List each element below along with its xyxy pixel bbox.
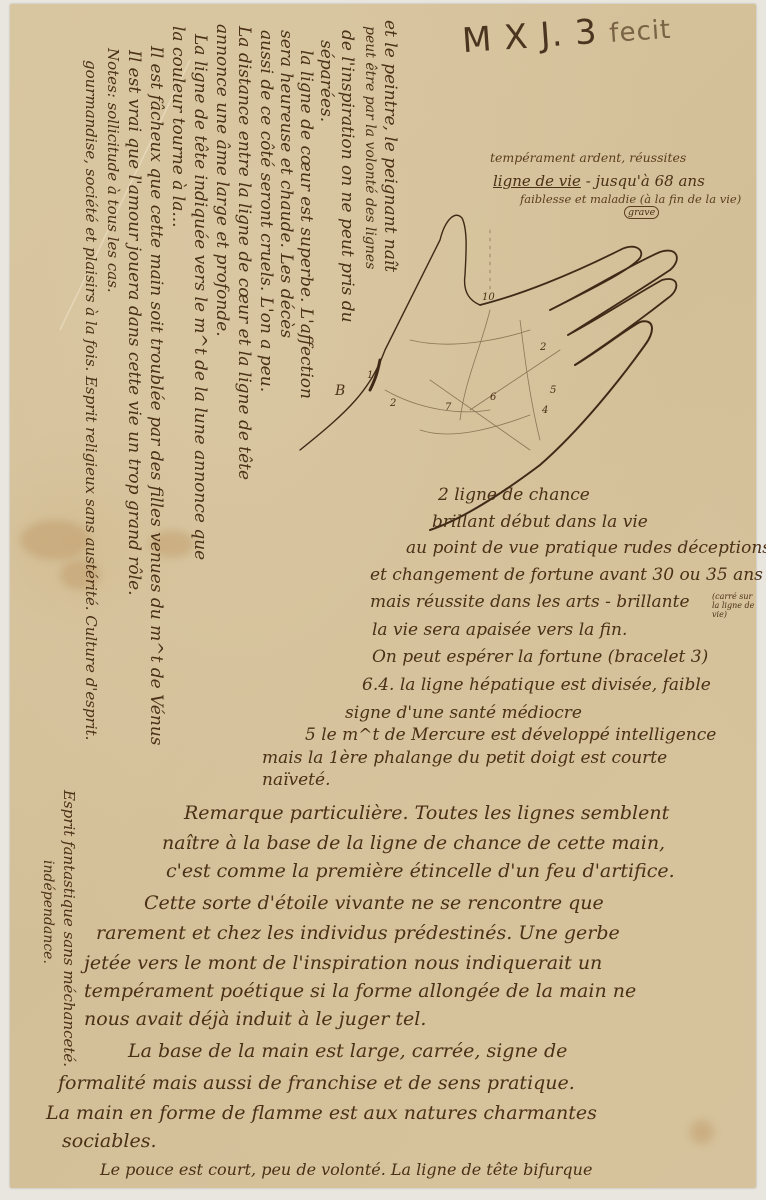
note-ligne-chance: 2 ligne de chance — [438, 485, 590, 505]
stain — [690, 1120, 714, 1144]
vertical-line: annonce une âme large et profonde. — [212, 24, 232, 337]
note-line: brillant début dans la vie — [432, 512, 648, 532]
note-line: 6.4. la ligne hépatique est divisée, fai… — [362, 675, 711, 695]
hand-label-5: 5 — [550, 385, 556, 396]
hand-label-2b: 2 — [539, 342, 546, 353]
vertical-line: Esprit fantastique sans méchanceté. — [60, 790, 78, 1067]
vertical-line: aussi de ce côté seront cruels. L'on a p… — [256, 30, 276, 392]
title-suffix: fecit — [608, 15, 672, 49]
hand-label-2a: 2 — [389, 398, 396, 409]
side-note-carre: (carré sur la ligne de vie) — [712, 592, 760, 619]
hand-label-4: 4 — [541, 405, 548, 416]
hand-label-1: 1 — [367, 370, 373, 381]
vertical-line: Il est vrai que l'amour jouera dans cett… — [124, 50, 144, 596]
vertical-line: La ligne de tête indiquée vers le m^t de… — [190, 34, 210, 560]
ligne-de-vie-label: ligne de vie — [493, 172, 581, 190]
note-line: 5 le m^t de Mercure est développé intell… — [305, 725, 716, 745]
paragraph-line: Cette sorte d'étoile vivante ne se renco… — [144, 892, 604, 914]
paragraph-line: Le pouce est court, peu de volonté. La l… — [100, 1160, 592, 1179]
vertical-line: sera heureuse et chaude. Les décès — [276, 30, 296, 338]
note-line: et changement de fortune avant 30 ou 35 … — [370, 565, 763, 585]
note-line: la vie sera apaisée vers la fin. — [372, 620, 627, 640]
paragraph-line: La base de la main est large, carrée, si… — [128, 1040, 567, 1062]
note-line: mais réussite dans les arts - brillante — [370, 592, 690, 612]
vertical-line: Il est fâcheux que cette main soit troub… — [146, 46, 166, 746]
vertical-line: séparées. — [316, 40, 336, 122]
vertical-line: Notes: sollicitude à tous les cas. — [104, 48, 122, 293]
paragraph-line: La main en forme de flamme est aux natur… — [46, 1102, 597, 1124]
hand-label-7: 7 — [445, 402, 452, 413]
vertical-line: gourmandise, société et plaisirs à la fo… — [82, 60, 100, 740]
hand-label-6: 6 — [490, 392, 497, 403]
note-line: signe d'une santé médiocre — [345, 703, 582, 723]
paragraph-line: naître à la base de la ligne de chance d… — [162, 832, 665, 854]
note-temperament: tempérament ardent, réussites — [490, 150, 686, 165]
paragraph-line: formalité mais aussi de franchise et de … — [58, 1072, 575, 1094]
vertical-line: et le peintre, le peignant naît — [380, 20, 400, 272]
paragraph-line: c'est comme la première étincelle d'un f… — [166, 860, 675, 882]
paragraph-line: sociables. — [62, 1130, 157, 1152]
paragraph-line: jetée vers le mont de l'inspiration nous… — [84, 952, 602, 974]
paragraph-line: nous avait déjà induit à le juger tel. — [84, 1008, 426, 1030]
vertical-line: indépendance. — [40, 860, 56, 964]
ligne-de-vie-rest: - jusqu'à 68 ans — [586, 172, 705, 190]
paragraph-line: Remarque particulière. Toutes les lignes… — [184, 802, 669, 824]
vertical-line: la couleur tourne à la... — [168, 26, 188, 228]
note-ligne-de-vie: ligne de vie - jusqu'à 68 ans — [493, 172, 705, 190]
note-line: naïveté. — [262, 770, 330, 790]
note-line: mais la 1ère phalange du petit doigt est… — [262, 748, 667, 768]
paragraph-line: tempérament poétique si la forme allongé… — [84, 980, 636, 1002]
hand-label-b: B — [334, 383, 345, 399]
vertical-line: de l'inspiration on ne peut pris du — [337, 30, 357, 323]
stain — [20, 520, 90, 560]
paragraph-line: rarement et chez les individus prédestin… — [96, 922, 620, 944]
vertical-line: peut être par la volonté des lignes — [362, 26, 378, 269]
hand-label-10: 10 — [482, 292, 495, 303]
vertical-line: La distance entre la ligne de cœur et la… — [234, 26, 254, 480]
vertical-line: la ligne de cœur est superbe. L'affectio… — [296, 50, 316, 399]
note-line: au point de vue pratique rudes déception… — [406, 538, 766, 558]
note-line: On peut espérer la fortune (bracelet 3) — [372, 647, 708, 667]
